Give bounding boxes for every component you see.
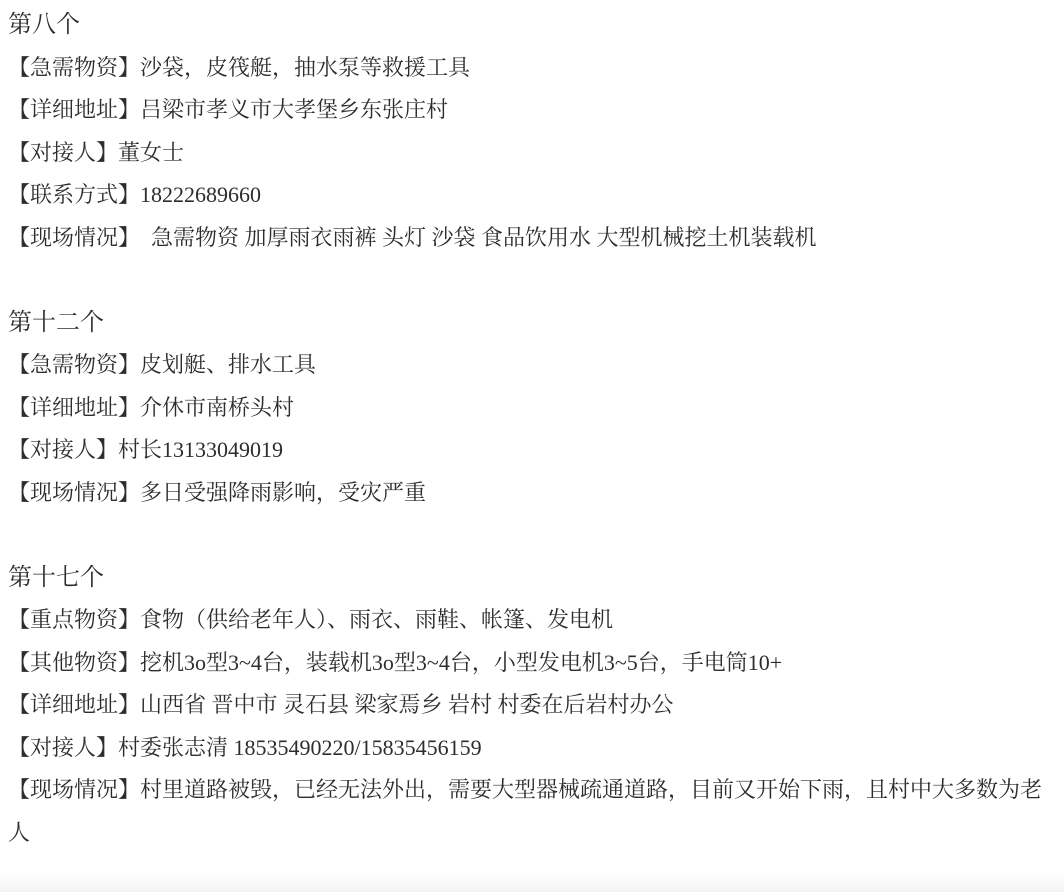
field-line-address: 【详细地址】吕梁市孝义市大孝堡乡东张庄村 bbox=[8, 89, 1050, 132]
field-value: 急需物资 加厚雨衣雨裤 头灯 沙袋 食品饮用水 大型机械挖土机装载机 bbox=[129, 225, 817, 250]
field-label: 【现场情况】 bbox=[8, 777, 140, 802]
relief-supply-document: 第八个 【急需物资】沙袋，皮筏艇，抽水泵等救援工具 【详细地址】吕梁市孝义市大孝… bbox=[0, 0, 1064, 854]
field-line-contact-person: 【对接人】村长13133049019 bbox=[8, 429, 1050, 472]
field-line-site-situation: 【现场情况】 急需物资 加厚雨衣雨裤 头灯 沙袋 食品饮用水 大型机械挖土机装载… bbox=[8, 217, 1050, 260]
field-value: 村委张志清 18535490220/15835456159 bbox=[118, 735, 482, 760]
field-value: 董女士 bbox=[118, 140, 184, 165]
field-value: 村里道路被毁，已经无法外出，需要大型器械疏通道路，目前又开始下雨，且村中大多数为… bbox=[8, 777, 1042, 845]
field-line-contact-method: 【联系方式】18222689660 bbox=[8, 174, 1050, 217]
section-gap bbox=[8, 259, 1050, 302]
field-value: 介休市南桥头村 bbox=[140, 395, 294, 420]
field-label: 【现场情况】 bbox=[8, 225, 129, 250]
field-line-contact-person: 【对接人】村委张志清 18535490220/15835456159 bbox=[8, 727, 1050, 770]
section-title: 第十七个 bbox=[8, 557, 1050, 600]
field-label: 【急需物资】 bbox=[8, 352, 140, 377]
section-seventeenth: 第十七个 【重点物资】食物（供给老年人）、雨衣、雨鞋、帐篷、发电机 【其他物资】… bbox=[8, 557, 1050, 855]
field-line-site-situation: 【现场情况】多日受强降雨影响，受灾严重 bbox=[8, 472, 1050, 515]
bottom-edge-shadow bbox=[0, 872, 1064, 892]
field-label: 【急需物资】 bbox=[8, 55, 140, 80]
field-value: 皮划艇、排水工具 bbox=[140, 352, 316, 377]
field-value: 吕梁市孝义市大孝堡乡东张庄村 bbox=[140, 97, 448, 122]
field-label: 【详细地址】 bbox=[8, 395, 140, 420]
field-line-urgent-supplies: 【急需物资】沙袋，皮筏艇，抽水泵等救援工具 bbox=[8, 47, 1050, 90]
field-line-site-situation: 【现场情况】村里道路被毁，已经无法外出，需要大型器械疏通道路，目前又开始下雨，且… bbox=[8, 769, 1050, 854]
field-line-address: 【详细地址】介休市南桥头村 bbox=[8, 387, 1050, 430]
field-line-address: 【详细地址】山西省 晋中市 灵石县 梁家焉乡 岩村 村委在后岩村办公 bbox=[8, 684, 1050, 727]
field-value: 挖机3o型3~4台，装载机3o型3~4台，小型发电机3~5台，手电筒10+ bbox=[140, 650, 782, 675]
field-label: 【对接人】 bbox=[8, 437, 118, 462]
section-eighth: 第八个 【急需物资】沙袋，皮筏艇，抽水泵等救援工具 【详细地址】吕梁市孝义市大孝… bbox=[8, 4, 1050, 259]
field-line-key-supplies: 【重点物资】食物（供给老年人）、雨衣、雨鞋、帐篷、发电机 bbox=[8, 599, 1050, 642]
section-title: 第十二个 bbox=[8, 302, 1050, 345]
field-value: 村长13133049019 bbox=[118, 437, 283, 462]
field-value: 山西省 晋中市 灵石县 梁家焉乡 岩村 村委在后岩村办公 bbox=[140, 692, 674, 717]
field-label: 【对接人】 bbox=[8, 140, 118, 165]
field-label: 【其他物资】 bbox=[8, 650, 140, 675]
field-label: 【详细地址】 bbox=[8, 97, 140, 122]
section-title: 第八个 bbox=[8, 4, 1050, 47]
field-label: 【联系方式】 bbox=[8, 182, 140, 207]
field-value: 沙袋，皮筏艇，抽水泵等救援工具 bbox=[140, 55, 470, 80]
section-twelfth: 第十二个 【急需物资】皮划艇、排水工具 【详细地址】介休市南桥头村 【对接人】村… bbox=[8, 302, 1050, 515]
field-value: 食物（供给老年人）、雨衣、雨鞋、帐篷、发电机 bbox=[140, 607, 613, 632]
field-line-urgent-supplies: 【急需物资】皮划艇、排水工具 bbox=[8, 344, 1050, 387]
field-line-contact-person: 【对接人】董女士 bbox=[8, 132, 1050, 175]
field-label: 【现场情况】 bbox=[8, 480, 140, 505]
field-label: 【重点物资】 bbox=[8, 607, 140, 632]
section-gap bbox=[8, 514, 1050, 557]
field-label: 【对接人】 bbox=[8, 735, 118, 760]
field-value: 多日受强降雨影响，受灾严重 bbox=[140, 480, 426, 505]
field-line-other-supplies: 【其他物资】挖机3o型3~4台，装载机3o型3~4台，小型发电机3~5台，手电筒… bbox=[8, 642, 1050, 685]
field-label: 【详细地址】 bbox=[8, 692, 140, 717]
field-value: 18222689660 bbox=[140, 182, 261, 207]
